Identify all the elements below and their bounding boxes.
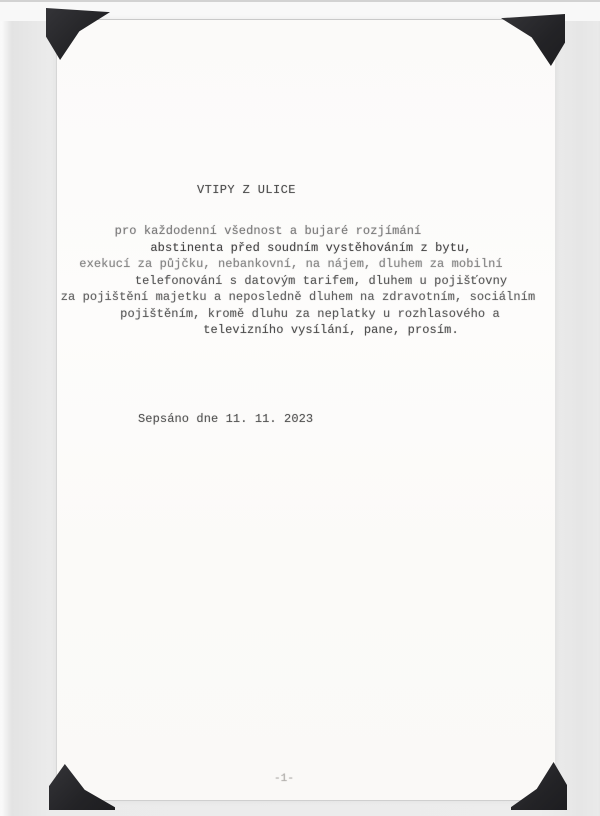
photo-corner-top-right xyxy=(501,14,565,66)
body-line: pojištěním, kromě dluhu za neplatky u ro… xyxy=(61,306,559,323)
body-line: abstinenta před soudním vystěhováním z b… xyxy=(62,240,560,257)
date-line: Sepsáno dne 11. 11. 2023 xyxy=(138,412,313,426)
page-number: -1- xyxy=(57,773,511,785)
document-title: VTIPY Z ULICE xyxy=(197,183,296,197)
body-line: exekucí za půjčku, nebankovní, na nájem,… xyxy=(42,256,540,273)
photo-corner-bottom-left xyxy=(49,764,115,810)
document-body: pro každodenní všednost a bujaré rozjímá… xyxy=(57,223,555,339)
body-line: televizního vysílání, pane, prosím. xyxy=(82,322,580,339)
photo-corner-bottom-right xyxy=(511,762,567,810)
photo-corner-top-left xyxy=(46,8,110,60)
body-line: za pojištění majetku a neposledně dluhem… xyxy=(49,289,547,306)
body-line: telefonování s datovým tarifem, dluhem u… xyxy=(72,273,570,290)
body-line: pro každodenní všednost a bujaré rozjímá… xyxy=(19,223,517,240)
typewritten-document-page: VTIPY Z ULICE pro každodenní všednost a … xyxy=(56,19,556,801)
scanned-album-photo: VTIPY Z ULICE pro každodenní všednost a … xyxy=(0,0,600,816)
